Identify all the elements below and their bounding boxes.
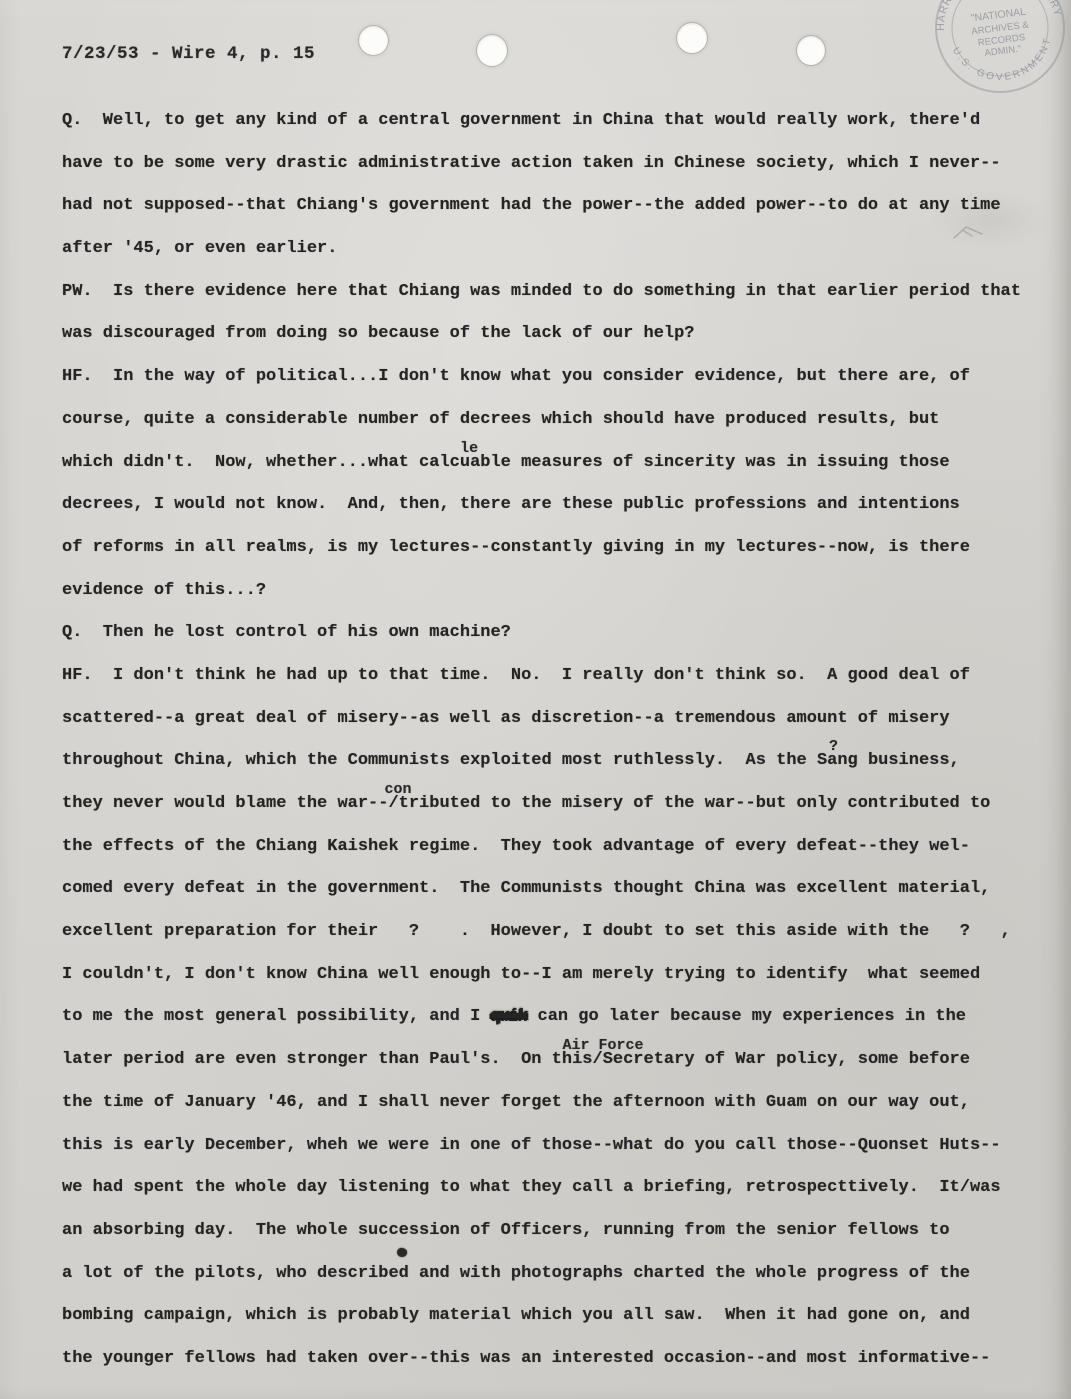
typed-text: bombing campaign, which is probably mate…: [62, 1306, 970, 1325]
typed-text: Q. Then he lost control of his own machi…: [62, 623, 511, 642]
typed-line: HF. I don't think he had up to that time…: [62, 655, 1047, 698]
typed-line: the time of January '46, and I shall nev…: [62, 1082, 1047, 1125]
stamp-outer-ring: [929, 0, 1071, 99]
typed-text: able measures of sincerity was in issuin…: [470, 453, 949, 472]
punch-hole: [477, 35, 507, 66]
typed-text: the younger fellows had taken over--this…: [62, 1349, 990, 1368]
typed-text: the effects of the Chiang Kaishek regime…: [62, 837, 970, 856]
typed-line: the effects of the Chiang Kaishek regime…: [62, 826, 1047, 869]
typed-text: later period are even stronger than Paul…: [62, 1050, 593, 1069]
typed-text: HF. In the way of political...I don't kn…: [62, 367, 970, 386]
typed-text: we had spent the whole day listening to …: [62, 1178, 1001, 1197]
typed-line: to me the most general possibility, and …: [62, 996, 1047, 1039]
typed-line: this is early December, wheh we were in …: [62, 1125, 1047, 1168]
typed-line: evidence of this...?: [62, 570, 1047, 613]
typed-text: this is early December, wheh we were in …: [62, 1136, 1001, 1155]
typed-line: was discouraged from doing so because of…: [62, 313, 1047, 356]
typed-text: had not supposed--that Chiang's governme…: [62, 196, 1001, 215]
typed-text: Q. Well, to get any kind of a central go…: [62, 111, 980, 130]
punch-hole: [677, 23, 707, 53]
typed-line: of reforms in all realms, is my lectures…: [62, 527, 1047, 570]
typed-line: scattered--a great deal of misery--as we…: [62, 698, 1047, 741]
typed-text: decrees, I would not know. And, then, th…: [62, 495, 960, 514]
typed-line: decrees, I would not know. And, then, th…: [62, 484, 1047, 527]
typed-line: excellent preparation for their ? . Howe…: [62, 911, 1047, 954]
typed-text: of reforms in all realms, is my lectures…: [62, 538, 970, 557]
typed-line: throughout China, which the Communists e…: [62, 740, 1047, 783]
typed-line: Q. Then he lost control of his own machi…: [62, 612, 1047, 655]
typed-line: which didn't. Now, whether...what calcul…: [62, 442, 1047, 485]
typed-text: a lot of the pilots, who described and w…: [62, 1264, 970, 1283]
typed-text: throughout China, which the Communists e…: [62, 751, 817, 770]
typed-text: after '45, or even earlier.: [62, 239, 337, 258]
pencil-mark: [952, 222, 986, 244]
typed-text: /tributed to the misery of the war--but …: [388, 794, 990, 813]
typed-line: later period are even stronger than Paul…: [62, 1039, 1047, 1082]
typed-line: PW. Is there evidence here that Chiang w…: [62, 271, 1047, 314]
typed-text: evidence of this...?: [62, 581, 266, 600]
punch-hole: [359, 26, 388, 55]
stamp-center-line-1: "NATIONAL: [970, 6, 1027, 25]
typed-text: an absorbing day. The whole succession o…: [62, 1221, 950, 1240]
typed-text: Sang business,: [817, 751, 960, 770]
typed-text: can go later because my experiences in t…: [527, 1007, 966, 1026]
scanned-document-page: { "document": { "header": "7/23/53 - Wir…: [0, 0, 1071, 1399]
typed-text: PW. Is there evidence here that Chiang w…: [62, 282, 1021, 301]
typed-text: to me the most general possibility, and …: [62, 1007, 490, 1026]
typed-line: course, quite a considerable number of d…: [62, 399, 1047, 442]
svg-text:U.S. GOVERNMENT: U.S. GOVERNMENT: [949, 34, 1059, 89]
typed-line: a lot of the pilots, who described and w…: [62, 1253, 1047, 1296]
typed-text: was discouraged from doing so because of…: [62, 324, 695, 343]
page-header-dateline: 7/23/53 - Wire 4, p. 15: [62, 44, 315, 64]
stamp-arc-top-text: HARRY S. TRUMAN LIBRARY: [928, 0, 1064, 32]
typed-text: /Secretary of War policy, some before: [593, 1050, 970, 1069]
typed-line: have to be some very drastic administrat…: [62, 143, 1047, 186]
typed-line: had not supposed--that Chiang's governme…: [62, 185, 1047, 228]
stamp-arc-bottom-text: U.S. GOVERNMENT: [949, 34, 1059, 89]
typed-line: they never would blame the war--con/trib…: [62, 783, 1047, 826]
typed-text: scattered--a great deal of misery--as we…: [62, 709, 950, 728]
struck-out-word: quik: [490, 1007, 527, 1026]
typed-text: have to be some very drastic administrat…: [62, 154, 1001, 173]
typed-text: HF. I don't think he had up to that time…: [62, 666, 970, 685]
typed-text: which didn't. Now, whether...what calcu: [62, 453, 470, 472]
svg-text:HARRY S. TRUMAN LIBRARY: HARRY S. TRUMAN LIBRARY: [928, 0, 1064, 32]
punch-hole: [797, 36, 825, 65]
archives-stamp: HARRY S. TRUMAN LIBRARY U.S. GOVERNMENT …: [913, 0, 1071, 115]
typed-line: HF. In the way of political...I don't kn…: [62, 356, 1047, 399]
typed-text: the time of January '46, and I shall nev…: [62, 1093, 970, 1112]
typed-transcript-body: Q. Well, to get any kind of a central go…: [62, 100, 1047, 1381]
typed-line: after '45, or even earlier.: [62, 228, 1047, 271]
typed-text: comed every defeat in the government. Th…: [62, 879, 990, 898]
stamp-center-line-2: ARCHIVES &: [971, 19, 1030, 37]
typed-line: an absorbing day. The whole succession o…: [62, 1210, 1047, 1253]
stamp-center-line-3: RECORDS: [977, 32, 1026, 49]
stamp-inner-ring: [947, 0, 1054, 81]
typed-line: comed every defeat in the government. Th…: [62, 868, 1047, 911]
typed-line: Q. Well, to get any kind of a central go…: [62, 100, 1047, 143]
typed-line: we had spent the whole day listening to …: [62, 1167, 1047, 1210]
typed-line: the younger fellows had taken over--this…: [62, 1338, 1047, 1381]
typed-text: I couldn't, I don't know China well enou…: [62, 965, 980, 984]
typed-text: they never would blame the war--: [62, 794, 388, 813]
stamp-center-line-4: ADMIN.": [984, 44, 1022, 59]
typed-text: course, quite a considerable number of d…: [62, 410, 939, 429]
typed-line: bombing campaign, which is probably mate…: [62, 1295, 1047, 1338]
typed-text: excellent preparation for their ? . Howe…: [62, 922, 1011, 941]
typed-line: I couldn't, I don't know China well enou…: [62, 954, 1047, 997]
